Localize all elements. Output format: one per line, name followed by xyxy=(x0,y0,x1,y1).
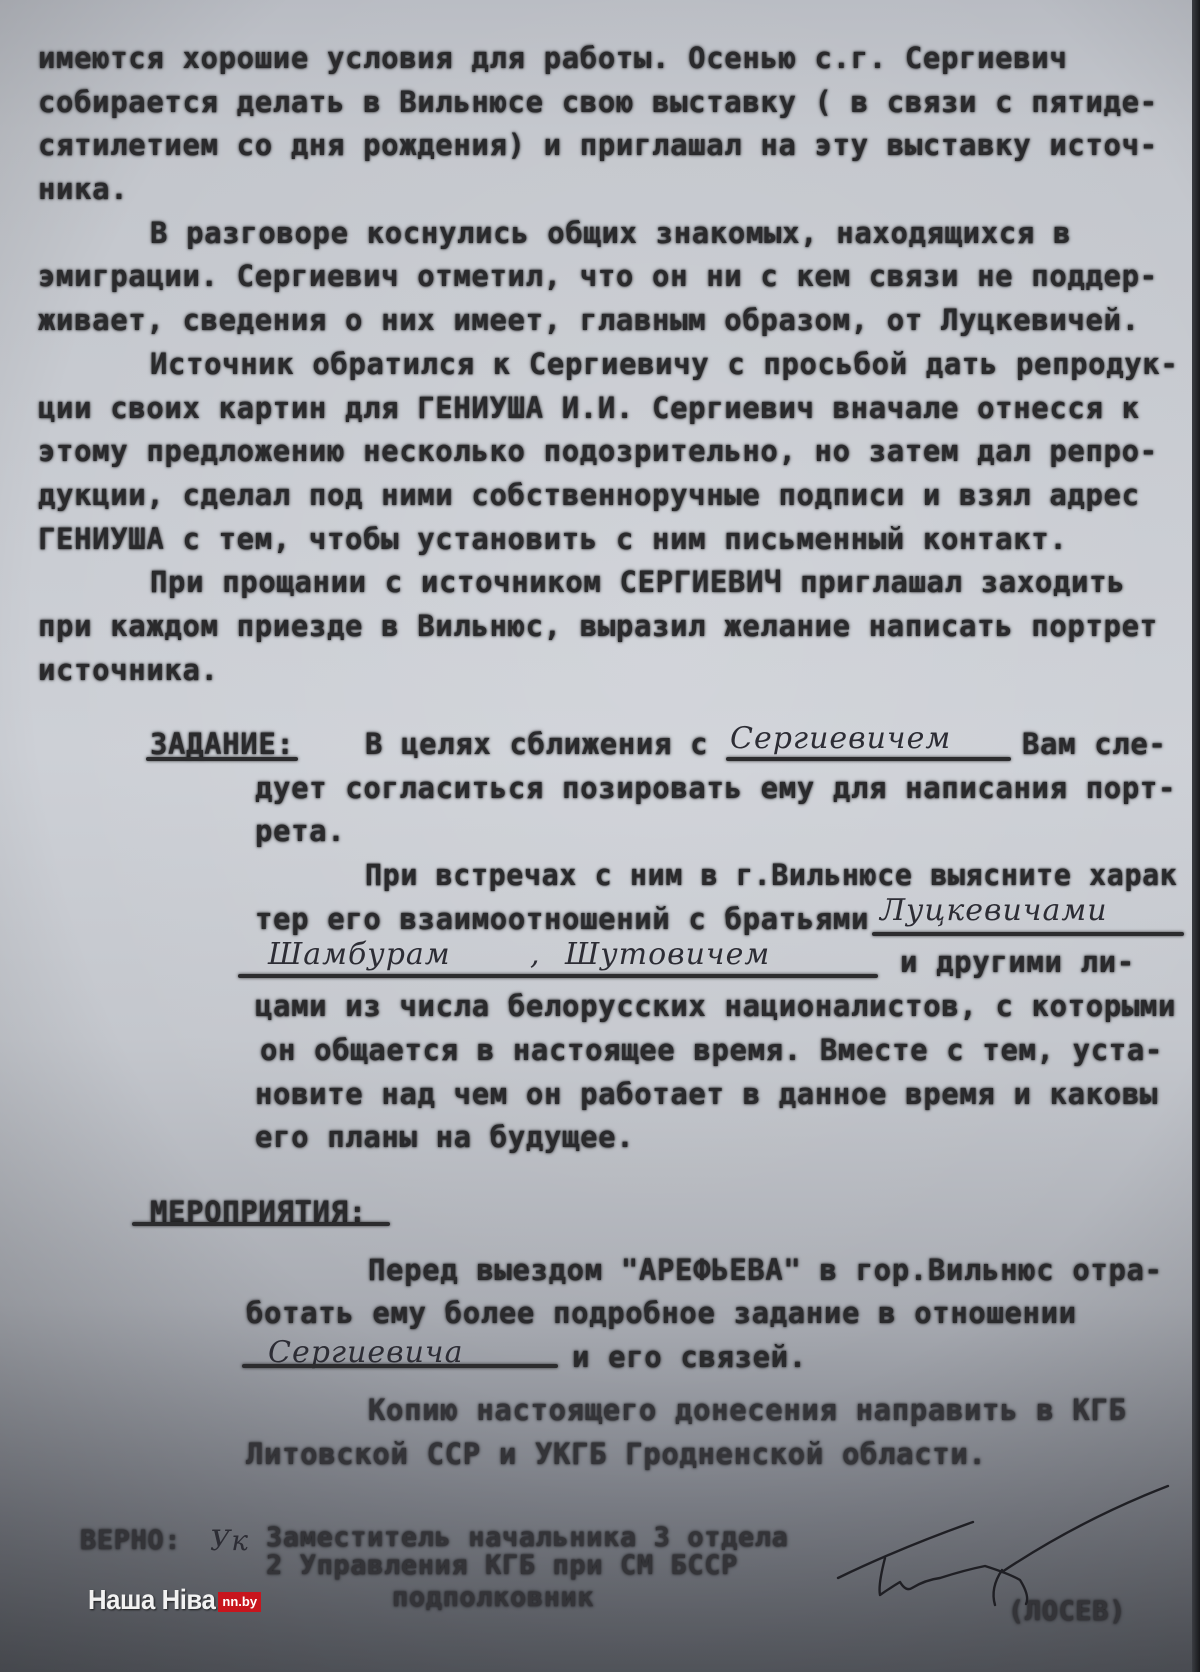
text-line: собирается делать в Вильнюсе свою выстав… xyxy=(38,88,1158,117)
text-line: При встречах с ним в г.Вильнюсе выясните… xyxy=(365,861,1177,890)
film-edge xyxy=(1192,0,1200,1672)
measures-label-underline xyxy=(132,1222,390,1226)
text-line: его планы на будущее. xyxy=(255,1123,634,1152)
text-line: он общается в настоящее время. Вместе с … xyxy=(260,1036,1163,1065)
handwritten-underline xyxy=(726,757,1011,761)
verno-label: ВЕРНО: xyxy=(80,1527,181,1554)
text-line: ции своих картин для ГЕНИУША И.И. Сергие… xyxy=(38,394,1140,423)
text-line: имеются хорошие условия для работы. Осен… xyxy=(38,44,1067,73)
text-line: при каждом приезде в Вильнюс, выразил же… xyxy=(38,612,1158,641)
document-page: имеются хорошие условия для работы. Осен… xyxy=(0,0,1200,1672)
watermark-domain-tag: nn.by xyxy=(218,1592,261,1612)
text-line: и другими ли- xyxy=(900,948,1135,977)
text-line: Копию настоящего донесения направить в К… xyxy=(368,1396,1127,1425)
text-line: эмиграции. Сергиевич отметил, что он ни … xyxy=(38,262,1158,291)
text-line: В целях сближения с xyxy=(365,730,708,759)
initials-handwritten: Ук xyxy=(210,1527,249,1555)
text-line: новите над чем он работает в данное врем… xyxy=(255,1080,1158,1109)
task-label: ЗАДАНИЕ: xyxy=(150,730,294,759)
handwritten-name: Шамбурам xyxy=(268,940,451,970)
handwritten-name: Сергиевичем xyxy=(730,724,951,754)
text-line: дукции, сделал под ними собственноручные… xyxy=(38,481,1140,510)
signer-rank: подполковник xyxy=(392,1584,594,1611)
text-line: живает, сведения о них имеет, главным об… xyxy=(38,306,1140,335)
handwritten-underline xyxy=(872,932,1184,936)
watermark-brand: Наша Ніва xyxy=(88,1586,215,1614)
text-line: и его связей. xyxy=(572,1343,807,1372)
text-line: ГЕНИУША с тем, чтобы установить с ним пи… xyxy=(38,525,1067,554)
text-line: дует согласиться позировать ему для напи… xyxy=(255,774,1176,803)
text-line: этому предложению несколько подозрительн… xyxy=(38,437,1158,466)
handwritten-underline xyxy=(242,1364,558,1368)
text-line: При прощании с источником СЕРГИЕВИЧ приг… xyxy=(150,568,1125,597)
signer-title-line: Заместитель начальника 3 отдела xyxy=(266,1524,789,1551)
text-line: Перед выездом "АРЕФЬЕВА" в гор.Вильнюс о… xyxy=(368,1256,1163,1285)
text-line: ботать ему более подробное задание в отн… xyxy=(246,1299,1077,1328)
signer-name: (ЛОСЕВ) xyxy=(1008,1598,1126,1625)
watermark-logo: Наша Ніва nn.by xyxy=(88,1582,261,1614)
text-line: Источник обратился к Сергиевичу с просьб… xyxy=(150,350,1178,379)
signer-title-line: 2 Управления КГБ при СМ БССР xyxy=(266,1552,738,1579)
handwritten-separator: , xyxy=(530,940,541,970)
text-line: В разговоре коснулись общих знакомых, на… xyxy=(150,219,1071,248)
handwritten-underline xyxy=(238,974,878,978)
handwritten-name: Шутовичем xyxy=(565,940,770,970)
text-line: ника. xyxy=(38,175,128,204)
text-line: источника. xyxy=(38,656,219,685)
text-line: Литовской ССР и УКГБ Гродненской области… xyxy=(246,1440,986,1469)
text-line: тер его взаимоотношений с братьями xyxy=(255,905,869,934)
handwritten-name: Луцкевичами xyxy=(880,896,1108,926)
task-label-underline xyxy=(146,757,298,761)
text-line: сятилетием со дня рождения) и приглашал … xyxy=(38,131,1158,160)
text-line: Вам сле- xyxy=(1022,730,1166,759)
text-line: рета. xyxy=(255,817,345,846)
text-line: цами из числа белорусских националистов,… xyxy=(255,992,1176,1021)
